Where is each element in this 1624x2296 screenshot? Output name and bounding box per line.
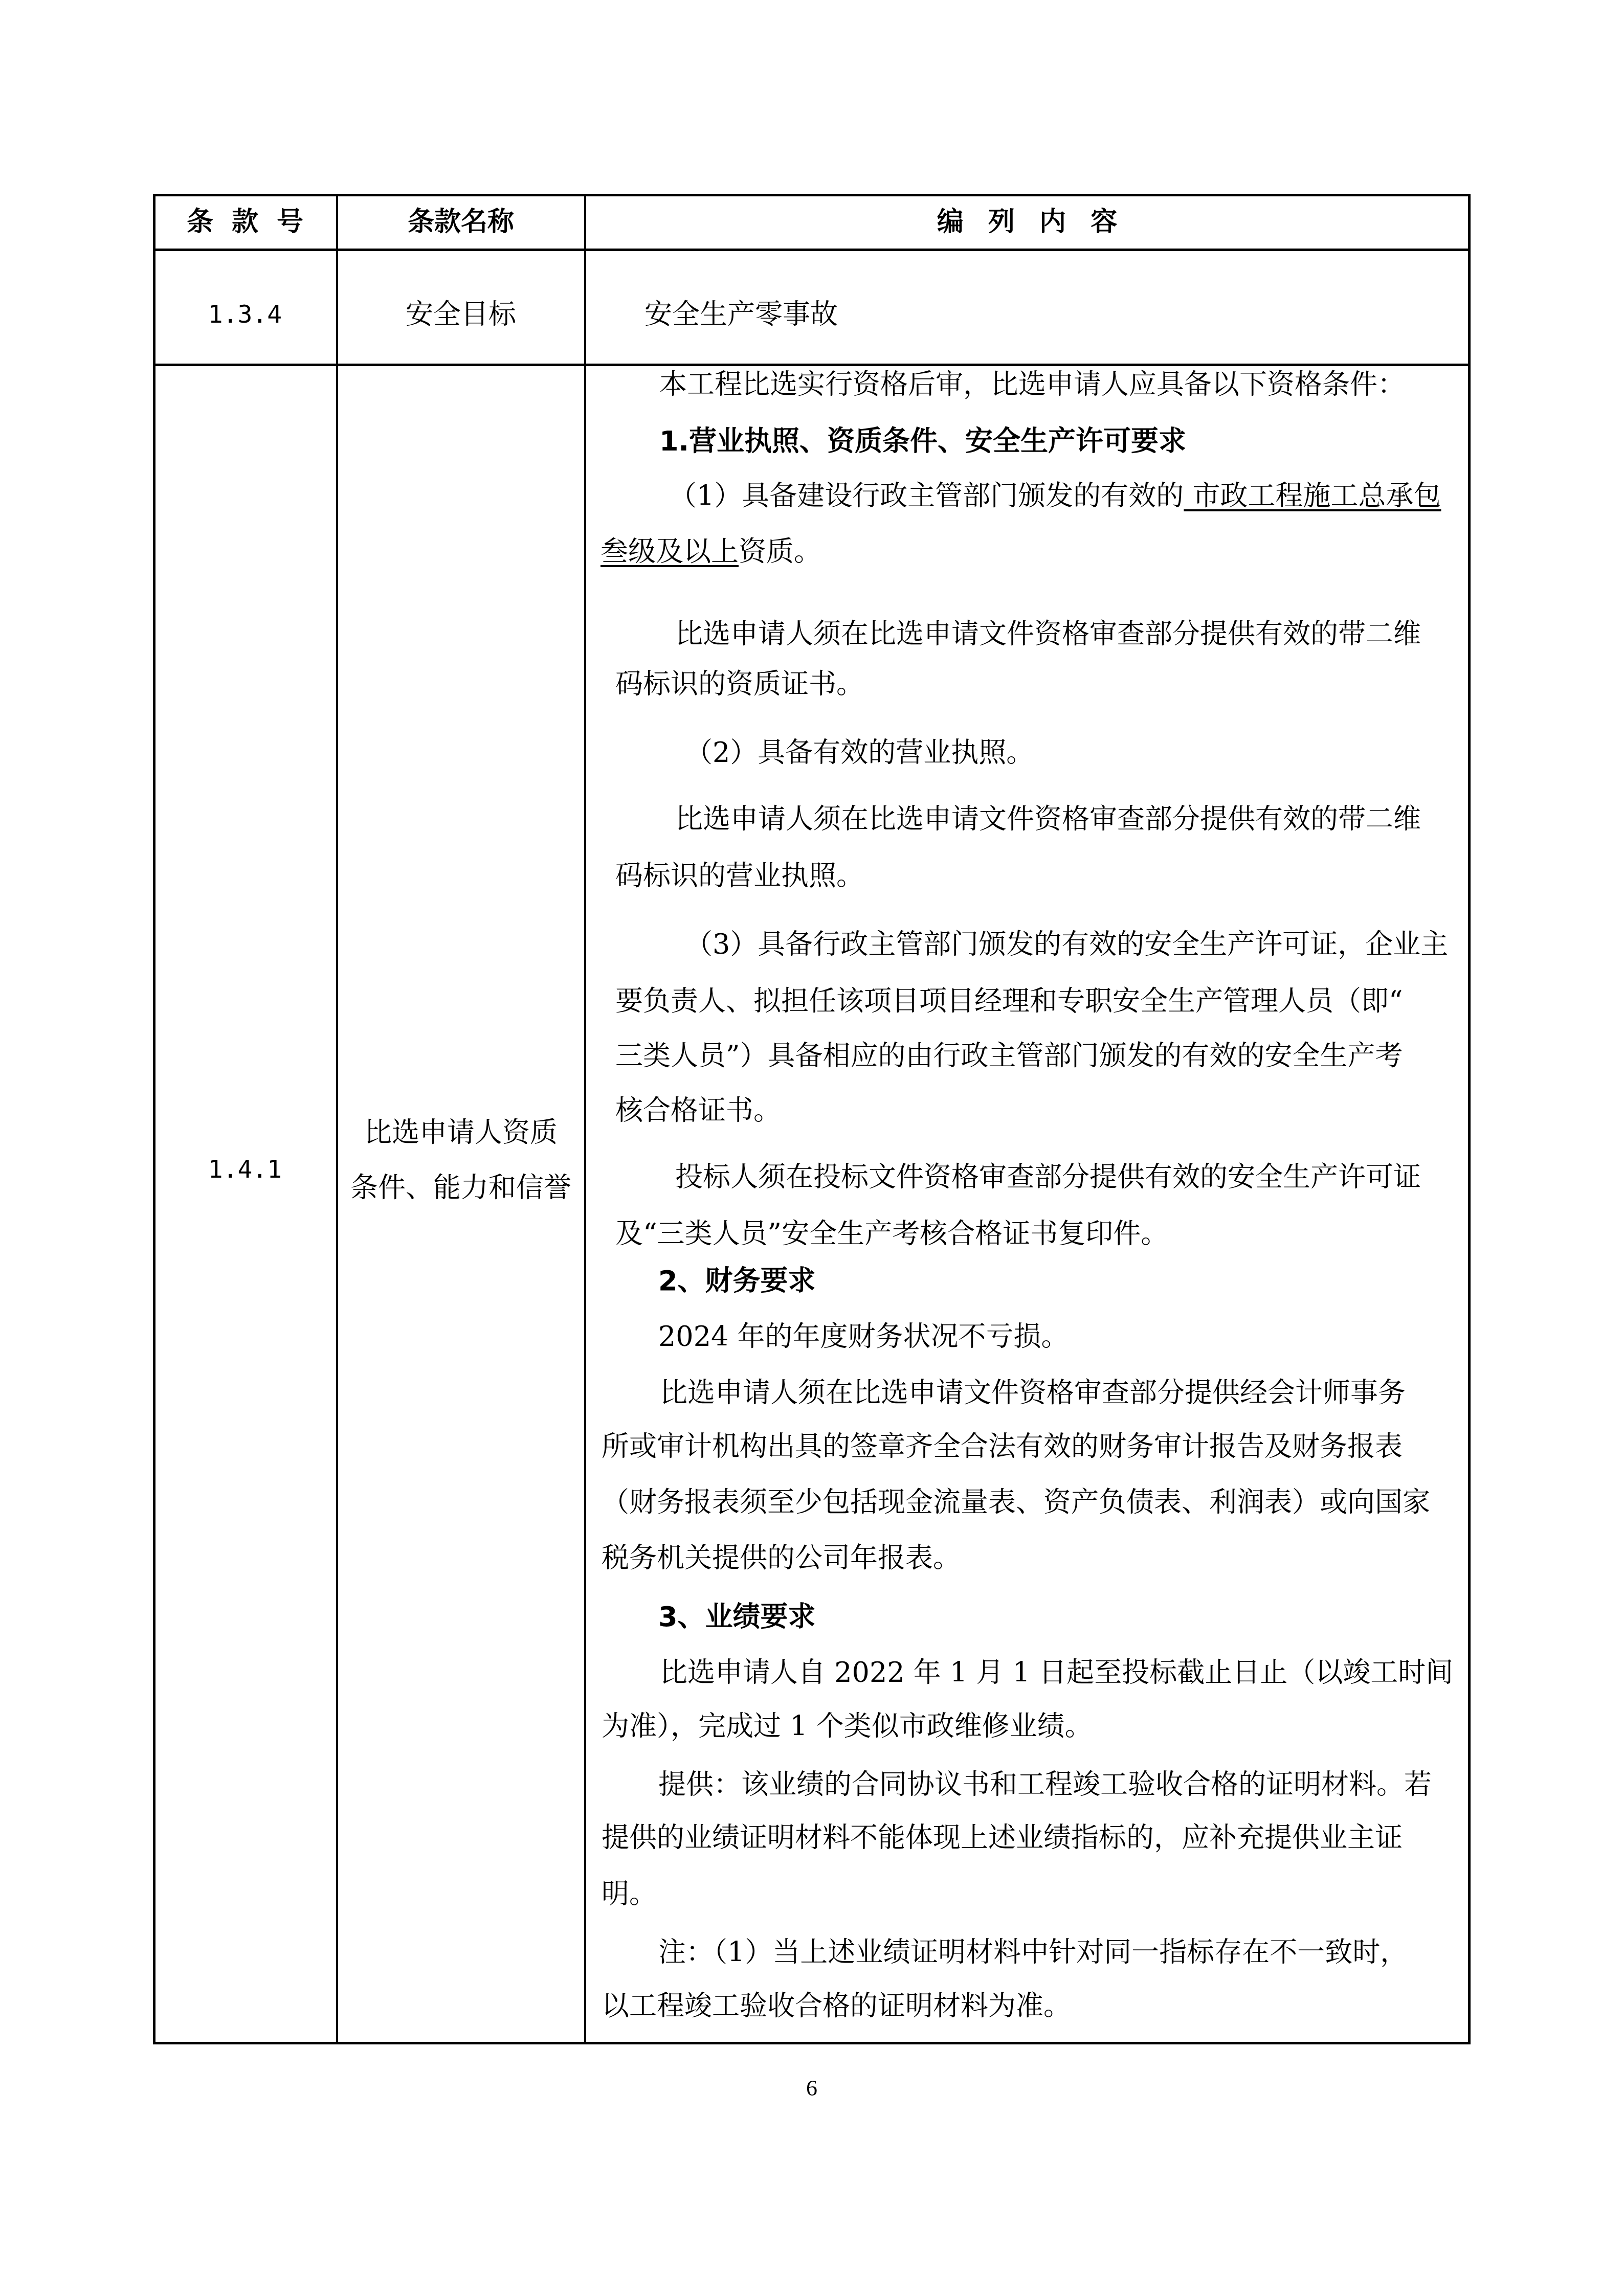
qualification-proof-line-1: 比选申请人须在比选申请文件资格审查部分提供有效的带二维 <box>675 619 1421 649</box>
performance-proof-line-2: 提供的业绩证明材料不能体现上述业绩指标的，应补充提供业主证 <box>602 1822 1403 1853</box>
header-clause-number: 条 款 号 <box>187 207 303 237</box>
clause-table <box>153 194 1471 2044</box>
safety-proof-line-2: 及“三类人员”安全生产考核合格证书复印件。 <box>615 1219 1168 1249</box>
section-heading-1: 1.营业执照、资质条件、安全生产许可要求 <box>659 426 1186 457</box>
finance-proof-line-1: 比选申请人须在比选申请文件资格审查部分提供经会计师事务 <box>660 1378 1406 1408</box>
column-divider-2 <box>584 194 586 2044</box>
qualification-level-underlined: 叁级及以上 <box>600 535 739 568</box>
section-heading-3: 3、业绩要求 <box>658 1602 816 1632</box>
header-divider <box>153 249 1471 251</box>
finance-proof-line-2: 所或审计机构出具的签章齐全合法有效的财务审计报告及财务报表 <box>602 1431 1403 1462</box>
content-safety-goal: 安全生产零事故 <box>644 299 838 330</box>
license-proof-line-2: 码标识的营业执照。 <box>615 861 864 891</box>
note-line-1: 注：（1）当上述业绩证明材料中针对同一指标存在不一致时， <box>658 1937 1408 1968</box>
performance-requirement-line-1: 比选申请人自 2022 年 1 月 1 日起至投标截止日止（以竣工时间 <box>660 1657 1453 1688</box>
finance-proof-line-4: 税务机关提供的公司年报表。 <box>602 1543 961 1573</box>
clause-name-safety-goal: 安全目标 <box>406 299 516 330</box>
requirement-3-line-3: 三类人员”）具备相应的由行政主管部门颁发的有效的安全生产考 <box>615 1041 1403 1071</box>
performance-proof-line-1: 提供：该业绩的合同协议书和工程竣工验收合格的证明材料。若 <box>658 1769 1432 1800</box>
finance-proof-line-3: （财务报表须至少包括现金流量表、资产负债表、利润表）或向国家 <box>602 1487 1430 1518</box>
requirement-3-line-2: 要负责人、拟担任该项目项目经理和专职安全生产管理人员（即“ <box>615 986 1403 1017</box>
qualification-proof-line-2: 码标识的资质证书。 <box>615 669 864 700</box>
clause-name-line-1: 比选申请人资质 <box>364 1117 558 1148</box>
clause-name-line-2: 条件、能力和信誉 <box>350 1173 571 1203</box>
clause-number-1-4-1: 1.4.1 <box>208 1154 282 1185</box>
requirement-1-line-2: 叁级及以上资质。 <box>600 536 821 567</box>
note-line-2: 以工程竣工验收合格的证明材料为准。 <box>602 1991 1071 2021</box>
row-divider <box>153 364 1471 366</box>
safety-proof-line-1: 投标人须在投标文件资格审查部分提供有效的安全生产许可证 <box>675 1162 1421 1192</box>
finance-requirement: 2024 年的年度财务状况不亏损。 <box>658 1321 1069 1352</box>
requirement-3-line-1: （3）具备行政主管部门颁发的有效的安全生产许可证，企业主 <box>685 929 1448 960</box>
qualification-suffix: 资质。 <box>739 535 821 568</box>
column-divider-1 <box>336 194 338 2044</box>
requirement-1-text: （1）具备建设行政主管部门颁发的有效的 <box>669 480 1184 512</box>
header-content: 编 列 内 容 <box>937 207 1120 237</box>
performance-requirement-line-2: 为准），完成过 1 个类似市政维修业绩。 <box>602 1711 1093 1742</box>
content-intro: 本工程比选实行资格后审，比选申请人应具备以下资格条件： <box>659 369 1405 400</box>
qualification-underlined: 市政工程施工总承包 <box>1184 480 1441 512</box>
clause-number-1-3-4: 1.3.4 <box>208 299 282 330</box>
performance-proof-line-3: 明。 <box>602 1879 657 1909</box>
license-proof-line-1: 比选申请人须在比选申请文件资格审查部分提供有效的带二维 <box>675 804 1421 835</box>
section-heading-2: 2、财务要求 <box>658 1266 816 1296</box>
page-number: 6 <box>806 2075 817 2101</box>
requirement-2: （2）具备有效的营业执照。 <box>685 737 1034 768</box>
header-clause-name: 条款名称 <box>408 207 514 237</box>
requirement-1-line-1: （1）具备建设行政主管部门颁发的有效的 市政工程施工总承包 <box>669 481 1441 511</box>
document-page: 条 款 号 条款名称 编 列 内 容 1.3.4 安全目标 安全生产零事故 1.… <box>0 0 1624 2296</box>
requirement-3-line-4: 核合格证书。 <box>615 1095 781 1126</box>
